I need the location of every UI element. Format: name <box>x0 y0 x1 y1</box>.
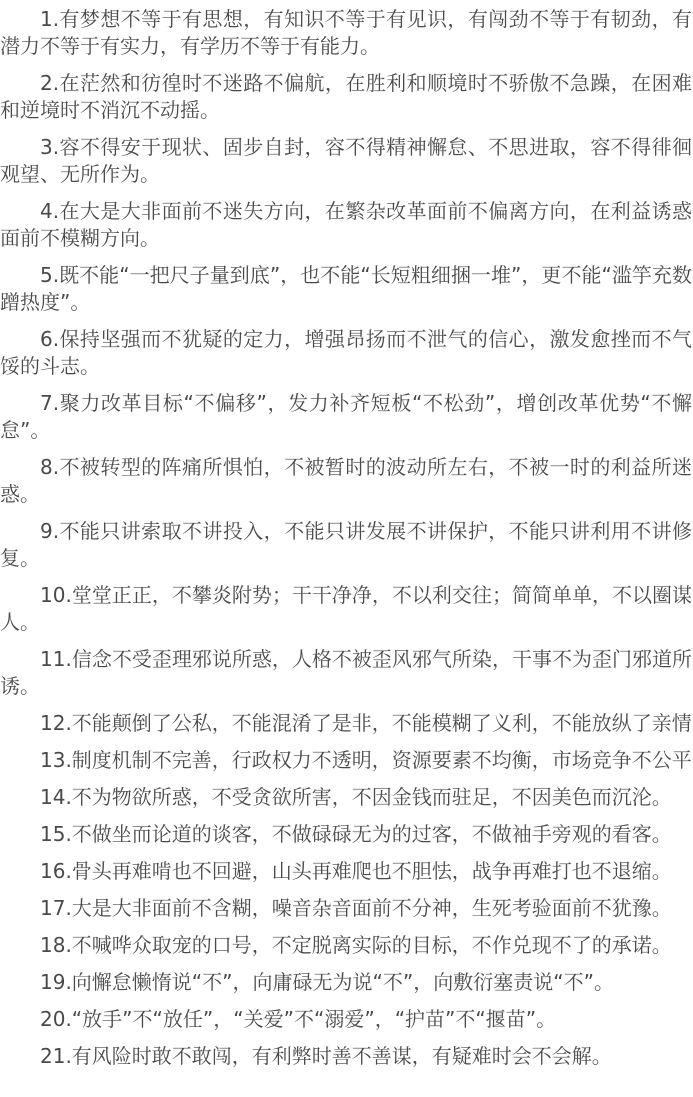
list-item: 16.骨头再难啃也不回避，山头再难爬也不胆怯，战争再难打也不退缩。 <box>0 858 692 885</box>
document-body: 1.有梦想不等于有思想，有知识不等于有见识，有闯劲不等于有韧劲，有潜力不等于有实… <box>0 0 693 1070</box>
list-item: 9.不能只讲索取不讲投入，不能只讲发展不讲保护，不能只讲利用不讲修复。 <box>0 518 692 572</box>
list-item: 11.信念不受歪理邪说所惑，人格不被歪风邪气所染，干事不为歪门邪道所诱。 <box>0 646 692 700</box>
list-item: 5.既不能“一把尺子量到底”，也不能“长短粗细捆一堆”，更不能“滥竽充数蹭热度”… <box>0 262 692 316</box>
list-item: 13.制度机制不完善，行政权力不透明，资源要素不均衡，市场竞争不公平 <box>0 747 692 774</box>
list-item: 8.不被转型的阵痛所惧怕，不被暂时的波动所左右，不被一时的利益所迷惑。 <box>0 454 692 508</box>
list-item: 19.向懈怠懒惰说“不”，向庸碌无为说“不”，向敷衍塞责说“不”。 <box>0 969 692 996</box>
list-item: 7.聚力改革目标“不偏移”，发力补齐短板“不松劲”，增创改革优势“不懈怠”。 <box>0 390 692 444</box>
list-item: 2.在茫然和彷徨时不迷路不偏航，在胜利和顺境时不骄傲不急躁，在困难和逆境时不消沉… <box>0 70 692 124</box>
list-item: 3.容不得安于现状、固步自封，容不得精神懈怠、不思进取，容不得徘徊观望、无所作为… <box>0 134 692 188</box>
list-item: 14.不为物欲所惑，不受贪欲所害，不因金钱而驻足，不因美色而沉沦。 <box>0 784 692 811</box>
list-item: 15.不做坐而论道的谈客，不做碌碌无为的过客，不做袖手旁观的看客。 <box>0 821 692 848</box>
list-item: 6.保持坚强而不犹疑的定力，增强昂扬而不泄气的信心，激发愈挫而不气馁的斗志。 <box>0 326 692 380</box>
list-item: 4.在大是大非面前不迷失方向，在繁杂改革面前不偏离方向，在利益诱惑面前不模糊方向… <box>0 198 692 252</box>
list-item: 18.不喊哗众取宠的口号，不定脱离实际的目标，不作兑现不了的承诺。 <box>0 932 692 959</box>
list-item: 1.有梦想不等于有思想，有知识不等于有见识，有闯劲不等于有韧劲，有潜力不等于有实… <box>0 6 692 60</box>
list-item: 20.“放手”不“放任”，“关爱”不“溺爱”，“护苗”不“揠苗”。 <box>0 1006 692 1033</box>
list-item: 12.不能颠倒了公私，不能混淆了是非，不能模糊了义利，不能放纵了亲情 <box>0 710 692 737</box>
list-item: 17.大是大非面前不含糊，噪音杂音面前不分神，生死考验面前不犹豫。 <box>0 895 692 922</box>
list-item: 10.堂堂正正，不攀炎附势；干干净净，不以利交往；简简单单，不以圈谋人。 <box>0 582 692 636</box>
list-item: 21.有风险时敢不敢闯，有利弊时善不善谋，有疑难时会不会解。 <box>0 1043 692 1070</box>
